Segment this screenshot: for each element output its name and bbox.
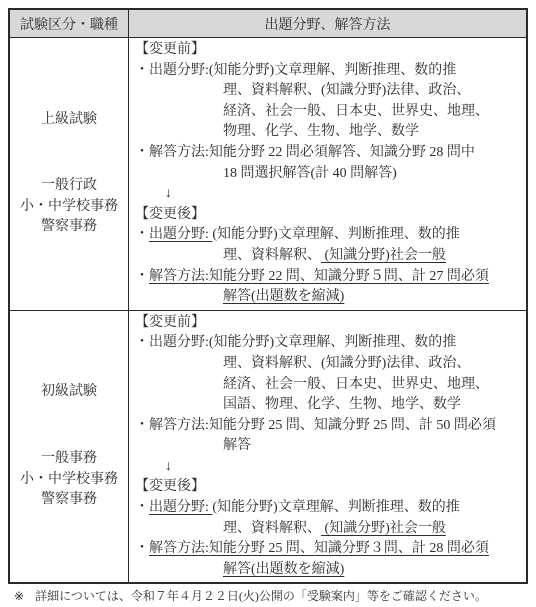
header-exam-category: 試験区分・職種 — [10, 14, 128, 34]
text-segment: (知能分野)文章理解、判断推理、数的推 — [212, 227, 459, 242]
content-line: ・解答方法:知能分野 25 問、知識分野３問、計 28 問必須 — [135, 539, 522, 560]
change-details-cell: 【変更前】・出題分野:(知能分野)文章理解、判断推理、数的推理、資料解釈、(知識… — [128, 311, 526, 583]
text-segment: 【変更前】 — [135, 42, 205, 57]
category-secondary-item: 一般事務 — [20, 449, 118, 470]
category-primary: 上級試験 — [41, 110, 97, 131]
underlined-text-segment: 解答(出題数を縮減) — [223, 289, 344, 304]
text-segment: ・解答方法:知能分野 22 問必須解答、知識分野 28 問中 — [135, 145, 475, 160]
underlined-text-segment: (知識分野)社会一般 — [321, 521, 446, 536]
exam-row-2: 初級試験一般事務小・中学校事務警察事務【変更前】・出題分野:(知能分野)文章理解… — [10, 310, 526, 583]
category-secondary-item: 警察事務 — [20, 490, 118, 511]
text-segment: ・解答方法:知能分野 25 問、知識分野 25 問、計 50 問必須 — [135, 418, 496, 433]
text-segment: 解答 — [223, 438, 251, 453]
category-secondary-item: 警察事務 — [20, 217, 118, 238]
category-cell: 初級試験一般事務小・中学校事務警察事務 — [10, 311, 128, 583]
exam-change-table: 試験区分・職種 出題分野、解答方法 上級試験一般行政小・中学校事務警察事務【変更… — [8, 8, 528, 584]
text-segment: 【変更後】 — [135, 479, 205, 494]
text-segment: ・出題分野:(知能分野)文章理解、判断推理、数的推 — [135, 63, 456, 78]
category-primary: 初級試験 — [41, 382, 97, 403]
category-secondary-item: 小・中学校事務 — [20, 470, 118, 491]
text-segment: ・出題分野:(知能分野)文章理解、判断推理、数的推 — [135, 335, 456, 350]
footnote-text: 詳細については、令和７年４月２２日(火)公開の「受験案内」等をご確認ください。 — [35, 588, 487, 605]
text-segment: 経済、社会一般、日本史、世界史、地理、 — [223, 104, 489, 119]
underlined-text-segment: 解答方法:知能分野 25 問、知識分野３問、計 28 問必須 — [149, 541, 489, 556]
category-cell: 上級試験一般行政小・中学校事務警察事務 — [10, 38, 128, 310]
text-segment: ↓ — [165, 459, 172, 474]
underlined-text-segment: 出題分野: — [149, 500, 212, 515]
content-line: ・解答方法:知能分野 22 問必須解答、知識分野 28 問中 — [135, 143, 522, 164]
text-segment: 物理、化学、生物、地学、数学 — [223, 124, 419, 139]
text-segment: 18 問選択解答(計 40 問解答) — [223, 166, 397, 181]
underlined-text-segment: 出題分野: — [149, 227, 212, 242]
underlined-text-segment: (知識分野)社会一般 — [321, 248, 446, 263]
change-arrow: ↓ — [135, 184, 522, 205]
text-segment: 理、資料解釈、 — [223, 248, 321, 263]
content-line: ・解答方法:知能分野 25 問、知識分野 25 問、計 50 問必須 — [135, 416, 522, 437]
content-line: 解答(出題数を縮減) — [135, 287, 522, 308]
exam-row-1: 上級試験一般行政小・中学校事務警察事務【変更前】・出題分野:(知能分野)文章理解… — [10, 37, 526, 310]
content-line: 18 問選択解答(計 40 問解答) — [135, 164, 522, 185]
content-line: ・出題分野:(知能分野)文章理解、判断推理、数的推 — [135, 333, 522, 354]
text-segment: ・ — [135, 227, 149, 242]
content-line: 経済、社会一般、日本史、世界史、地理、 — [135, 102, 522, 123]
content-line: ・出題分野: (知能分野)文章理解、判断推理、数的推 — [135, 498, 522, 519]
text-segment: 理、資料解釈、(知識分野)法律、政治、 — [223, 356, 470, 371]
category-secondary-group: 一般行政小・中学校事務警察事務 — [20, 176, 118, 238]
text-segment: ↓ — [165, 186, 172, 201]
content-line: 【変更前】 — [135, 40, 522, 61]
category-secondary-group: 一般事務小・中学校事務警察事務 — [20, 449, 118, 511]
content-line: ・解答方法:知能分野 22 問、知識分野５問、計 27 問必須 — [135, 267, 522, 288]
content-line: 国語、物理、化学、生物、地学、数学 — [135, 395, 522, 416]
content-line: 解答(出題数を縮減) — [135, 560, 522, 581]
text-segment: 理、資料解釈、(知識分野)法律、政治、 — [223, 83, 470, 98]
table-body: 上級試験一般行政小・中学校事務警察事務【変更前】・出題分野:(知能分野)文章理解… — [10, 37, 526, 582]
change-details-cell: 【変更前】・出題分野:(知能分野)文章理解、判断推理、数的推理、資料解釈、(知識… — [128, 38, 526, 310]
table-header-row: 試験区分・職種 出題分野、解答方法 — [10, 10, 526, 37]
underlined-text-segment: 解答方法:知能分野 22 問、知識分野５問、計 27 問必須 — [149, 269, 489, 284]
text-segment: ・ — [135, 500, 149, 515]
content-line: 【変更前】 — [135, 313, 522, 334]
content-line: 経済、社会一般、日本史、世界史、地理、 — [135, 375, 522, 396]
content-line: 解答 — [135, 436, 522, 457]
content-line: 理、資料解釈、 (知識分野)社会一般 — [135, 246, 522, 267]
footnote: ※ 詳細については、令和７年４月２２日(火)公開の「受験案内」等をご確認ください… — [14, 588, 487, 605]
text-segment: 経済、社会一般、日本史、世界史、地理、 — [223, 377, 489, 392]
text-segment: (知能分野)文章理解、判断推理、数的推 — [212, 500, 459, 515]
content-line: ・出題分野:(知能分野)文章理解、判断推理、数的推 — [135, 61, 522, 82]
content-line: 理、資料解釈、 (知識分野)社会一般 — [135, 519, 522, 540]
content-line: ・出題分野: (知能分野)文章理解、判断推理、数的推 — [135, 225, 522, 246]
content-line: 物理、化学、生物、地学、数学 — [135, 122, 522, 143]
footnote-marker: ※ — [14, 588, 24, 605]
text-segment: ・ — [135, 541, 149, 556]
content-line: 【変更後】 — [135, 477, 522, 498]
text-segment: 【変更前】 — [135, 315, 205, 330]
text-segment: 【変更後】 — [135, 207, 205, 222]
content-line: 理、資料解釈、(知識分野)法律、政治、 — [135, 354, 522, 375]
text-segment: 理、資料解釈、 — [223, 521, 321, 536]
text-segment: 国語、物理、化学、生物、地学、数学 — [223, 397, 461, 412]
category-secondary-item: 小・中学校事務 — [20, 197, 118, 218]
content-line: 【変更後】 — [135, 205, 522, 226]
category-secondary-item: 一般行政 — [20, 176, 118, 197]
content-line: 理、資料解釈、(知識分野)法律、政治、 — [135, 81, 522, 102]
underlined-text-segment: 解答(出題数を縮減) — [223, 562, 344, 577]
header-question-fields: 出題分野、解答方法 — [128, 10, 526, 37]
change-arrow: ↓ — [135, 457, 522, 478]
text-segment: ・ — [135, 269, 149, 284]
